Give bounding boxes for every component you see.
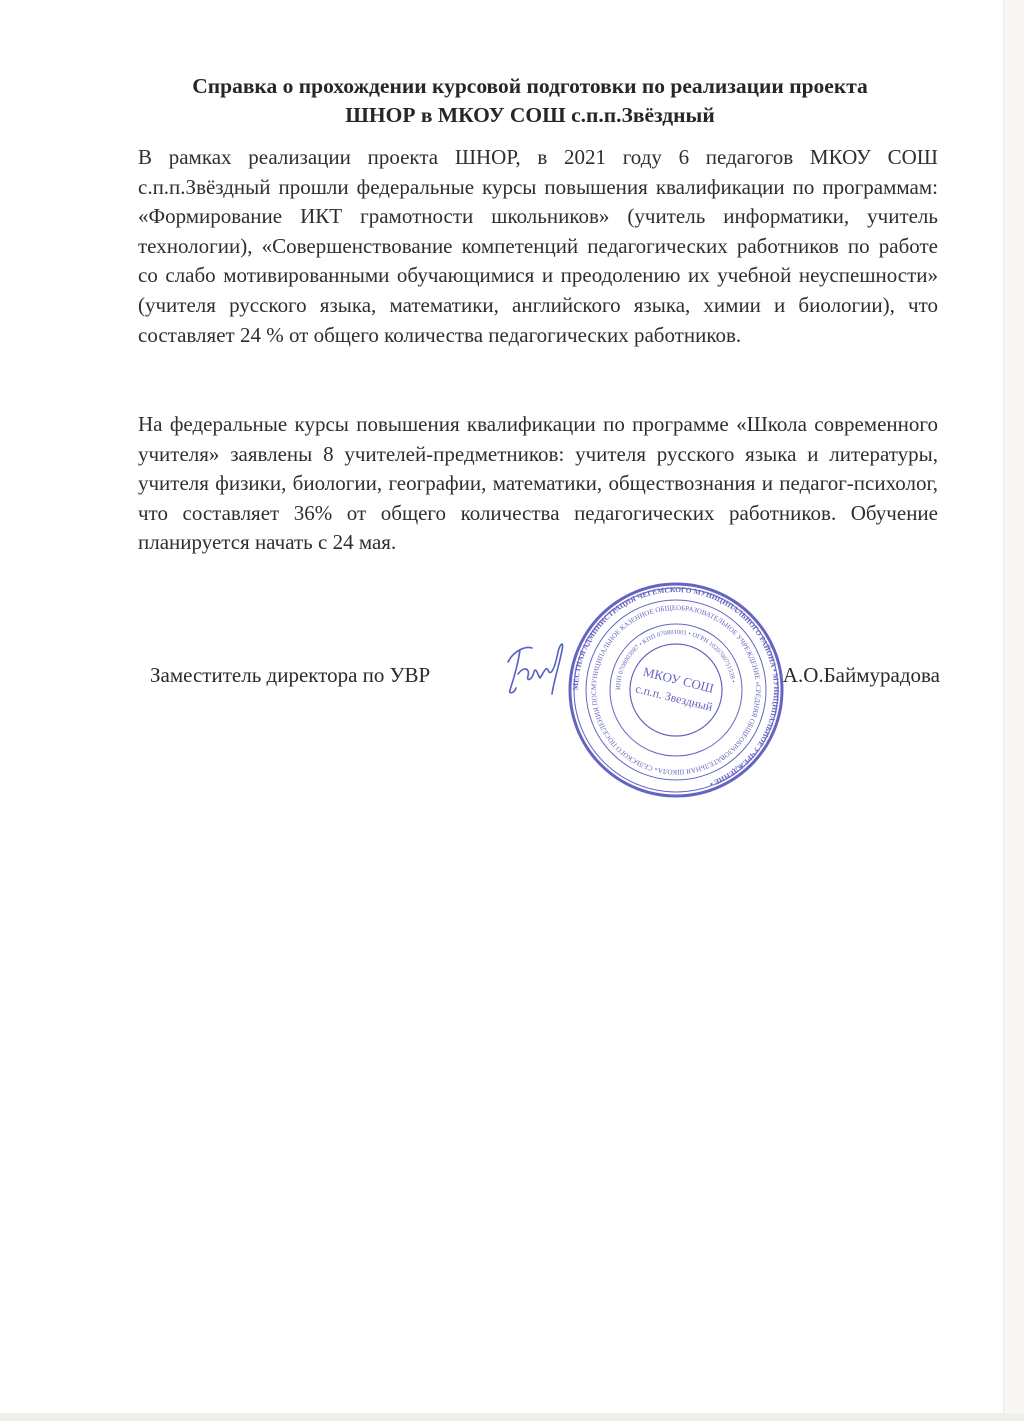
scan-edge-bottom (0, 1413, 1024, 1421)
signer-name: А.О.Баймурадова (783, 663, 940, 688)
title-line-2: ШНОР в МКОУ СОШ с.п.п.Звёздный (130, 101, 930, 130)
svg-text:МЕСТНАЯ АДМИНИСТРАЦИЯ ЧЕГЕМСКО: МЕСТНАЯ АДМИНИСТРАЦИЯ ЧЕГЕМСКОГО МУНИЦИП… (571, 585, 781, 789)
title-line-1: Справка о прохождении курсовой подготовк… (130, 72, 930, 101)
document-page: Справка о прохождении курсовой подготовк… (0, 0, 1024, 1421)
scan-edge (1003, 0, 1024, 1421)
official-stamp-icon: МЕСТНАЯ АДМИНИСТРАЦИЯ ЧЕГЕМСКОГО МУНИЦИП… (566, 580, 786, 800)
signer-position: Заместитель директора по УВР (150, 663, 430, 688)
paragraph-1: В рамках реализации проекта ШНОР, в 2021… (138, 143, 938, 350)
document-title: Справка о прохождении курсовой подготовк… (130, 72, 930, 130)
paragraph-2: На федеральные курсы повышения квалифика… (138, 410, 938, 558)
stamp-ring-outer: МЕСТНАЯ АДМИНИСТРАЦИЯ ЧЕГЕМСКОГО МУНИЦИП… (571, 585, 781, 789)
